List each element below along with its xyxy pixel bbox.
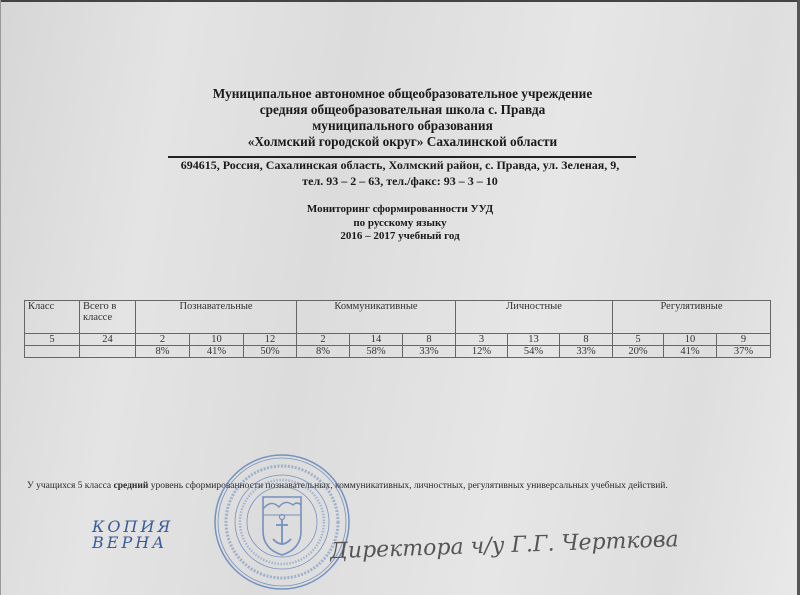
table-cell: 20% xyxy=(613,346,664,358)
signature-text: Директора ч/у Г.Г. Черткова xyxy=(330,527,679,564)
header-line: средняя общеобразовательная школа с. Пра… xyxy=(170,102,635,118)
table-cell: 2 xyxy=(297,334,350,346)
table-cell: 10 xyxy=(190,334,244,346)
header-cognitive: Познавательные xyxy=(136,301,297,334)
table-cell: 9 xyxy=(717,334,771,346)
table-cell: 58% xyxy=(350,346,403,358)
phone-line: тел. 93 – 2 – 63, тел./факс: 93 – 3 – 10 xyxy=(160,174,640,190)
table-cell: 13 xyxy=(508,334,560,346)
table-row-counts: 5 24 2 10 12 2 14 8 3 13 8 5 10 9 xyxy=(25,334,771,346)
header-regulatory: Регулятивные xyxy=(613,301,771,334)
conclusion-level: средний xyxy=(114,481,149,491)
table-cell: 8 xyxy=(560,334,613,346)
table-cell: 5 xyxy=(613,334,664,346)
school-year: 2016 – 2017 учебный год xyxy=(200,230,600,244)
scan-edge-left xyxy=(0,0,1,595)
table-cell: 37% xyxy=(717,346,771,358)
cell-class: 5 xyxy=(25,334,80,346)
header-line: муниципального образования xyxy=(170,118,635,134)
table-row-percents: 8% 41% 50% 8% 58% 33% 12% 54% 33% 20% 41… xyxy=(25,346,771,358)
table-cell: 33% xyxy=(560,346,613,358)
header-personal: Личностные xyxy=(456,301,613,334)
table-cell: 41% xyxy=(190,346,244,358)
table-cell: 33% xyxy=(403,346,456,358)
table-cell: 8% xyxy=(297,346,350,358)
address-line: 694615, Россия, Сахалинская область, Хол… xyxy=(160,158,640,174)
table-cell: 10 xyxy=(664,334,717,346)
handwritten-signature: Директора ч/у Г.Г. Черткова xyxy=(330,522,690,572)
scan-edge-top xyxy=(0,0,800,2)
table-cell: 14 xyxy=(350,334,403,346)
cell-total: 24 xyxy=(80,334,136,346)
uud-monitoring-table: Класс Всего в классе Познавательные Комм… xyxy=(24,300,771,358)
table-cell: 12 xyxy=(244,334,297,346)
table-cell: 12% xyxy=(456,346,508,358)
table-cell: 2 xyxy=(136,334,190,346)
table-header-row: Класс Всего в классе Познавательные Комм… xyxy=(25,301,771,334)
table-cell: 54% xyxy=(508,346,560,358)
header-line: «Холмский городской округ» Сахалинской о… xyxy=(170,134,635,150)
header-line: Муниципальное автономное общеобразовател… xyxy=(170,86,635,102)
table-cell: 8 xyxy=(403,334,456,346)
header-communicative: Коммуникативные xyxy=(297,301,456,334)
institution-header: Муниципальное автономное общеобразовател… xyxy=(170,86,635,150)
copy-stamp-line: ВЕРНА xyxy=(92,535,173,551)
document-title: Мониторинг сформированности УУД по русск… xyxy=(200,203,600,244)
table-cell: 3 xyxy=(456,334,508,346)
conclusion-prefix: У учащихся 5 класса xyxy=(27,481,114,491)
header-class: Класс xyxy=(25,301,80,334)
title-line: Мониторинг сформированности УУД xyxy=(200,203,600,217)
address-block: 694615, Россия, Сахалинская область, Хол… xyxy=(160,158,640,189)
table-cell: 50% xyxy=(244,346,297,358)
cell-empty xyxy=(25,346,80,358)
cell-empty xyxy=(80,346,136,358)
table-cell: 41% xyxy=(664,346,717,358)
subject-line: по русскому языку xyxy=(200,217,600,231)
table-cell: 8% xyxy=(136,346,190,358)
header-total: Всего в классе xyxy=(80,301,136,334)
copy-certified-stamp: КОПИЯ ВЕРНА xyxy=(92,519,173,551)
